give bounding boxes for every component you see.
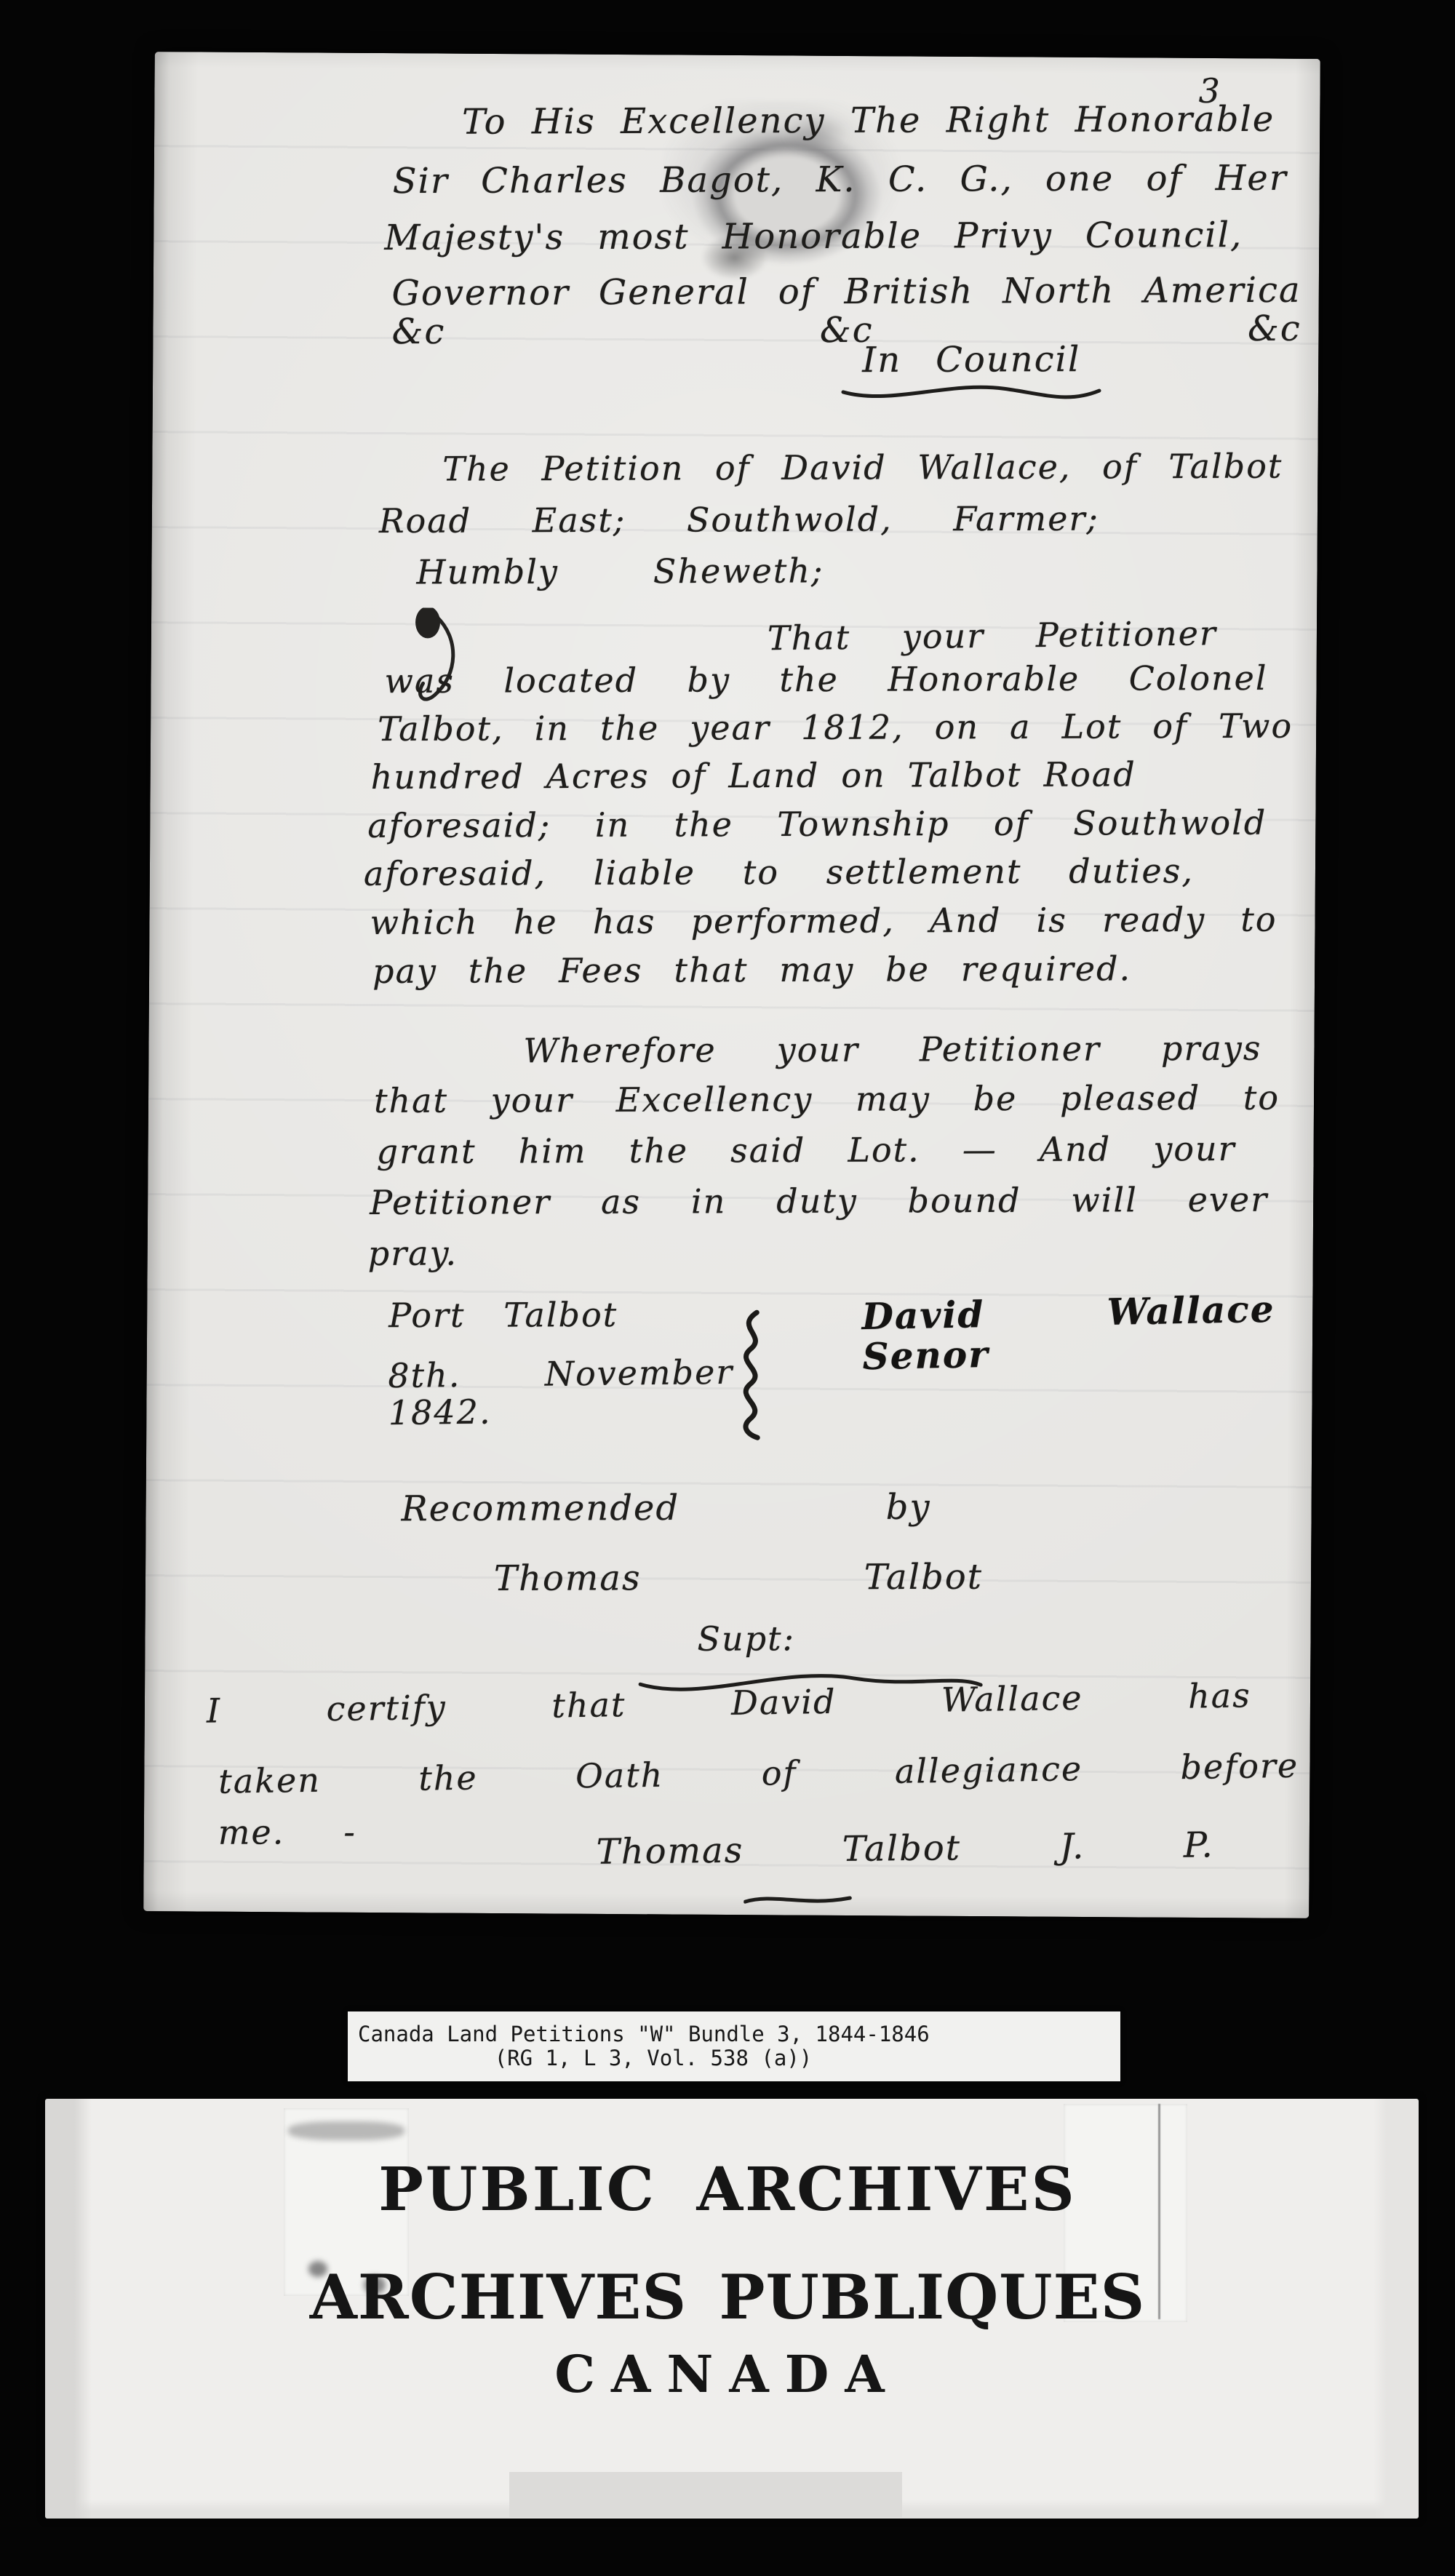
handwritten-line: which he has performed, And is ready to — [370, 901, 1277, 941]
signature-underline-flourish — [744, 1891, 853, 1908]
in-council-underline-flourish — [840, 379, 1102, 410]
label-line-2: (RG 1, L 3, Vol. 538 (a)) — [358, 2046, 949, 2070]
handwritten-line: The Petition of David Wallace, of Talbot — [442, 448, 1283, 488]
handwritten-line: pay the Fees that may be required. — [372, 950, 1131, 989]
tape-bottom-center — [509, 2472, 902, 2517]
signature-thomas-talbot-jp: Thomas Talbot J. P. — [596, 1826, 1214, 1871]
label-line-1: Canada Land Petitions "W" Bundle 3, 1844… — [358, 2022, 949, 2046]
tape-smudge — [288, 2121, 404, 2140]
handwritten-line-supt: Supt: — [697, 1620, 906, 1658]
handwritten-line: That your Petitioner — [768, 615, 1218, 657]
handwritten-line-certify: me. - — [218, 1814, 356, 1851]
handwritten-line: aforesaid, liable to settlement duties, — [364, 853, 1194, 893]
handwritten-line: pray. — [368, 1235, 458, 1272]
handwritten-line-recommended: Recommended by — [401, 1488, 930, 1528]
handwritten-line: hundred Acres of Land on Talbot Road — [371, 756, 1136, 795]
handwritten-line: Wherefore your Petitioner prays — [523, 1030, 1261, 1069]
handwritten-line: grant him the said Lot. — And your — [377, 1131, 1236, 1171]
handwritten-line: aforesaid; in the Township of Southwold — [367, 805, 1267, 845]
signature-thomas-talbot: Thomas Talbot — [494, 1558, 983, 1598]
document-page: 3 To His Excellency The Right Honorable … — [143, 52, 1320, 1918]
handwritten-line: To His Excellency The Right Honorable — [462, 100, 1275, 142]
handwritten-line: Humbly Sheweth; — [416, 552, 824, 591]
handwritten-line: was located by the Honorable Colonel — [384, 660, 1267, 700]
handwritten-line-date: 8th. November 1842. — [388, 1354, 734, 1432]
handwritten-line: Governor General of British North Americ… — [391, 271, 1301, 351]
handwritten-line-place: Port Talbot — [388, 1296, 618, 1334]
handwritten-line: Road East; Southwold, Farmer; — [379, 501, 1099, 540]
handwritten-line: Majesty's most Honorable Privy Council, — [384, 216, 1243, 258]
stamp-line-canada: CANADA — [0, 2344, 1455, 2404]
scanned-image: 3 To His Excellency The Right Honorable … — [0, 0, 1455, 2576]
handwritten-line: Talbot, in the year 1812, on a Lot of Tw… — [378, 708, 1293, 748]
handwritten-line-in-council: In Council — [862, 340, 1080, 380]
signature-david-wallace: David Wallace Senor — [861, 1289, 1276, 1376]
handwritten-line: Sir Charles Bagot, K. C. G., one of Her — [393, 159, 1288, 201]
date-brace-squiggle — [728, 1309, 773, 1440]
archival-label: Canada Land Petitions "W" Bundle 3, 1844… — [348, 2011, 1120, 2081]
archival-label-text: Canada Land Petitions "W" Bundle 3, 1844… — [358, 2011, 949, 2070]
handwritten-line: that your Excellency may be pleased to — [374, 1080, 1280, 1120]
handwritten-line: Petitioner as in duty bound will ever — [370, 1181, 1268, 1221]
stamp-line-archives-publiques: ARCHIVES PUBLIQUES — [0, 2261, 1455, 2333]
stamp-line-public-archives: PUBLIC ARCHIVES — [0, 2155, 1455, 2225]
